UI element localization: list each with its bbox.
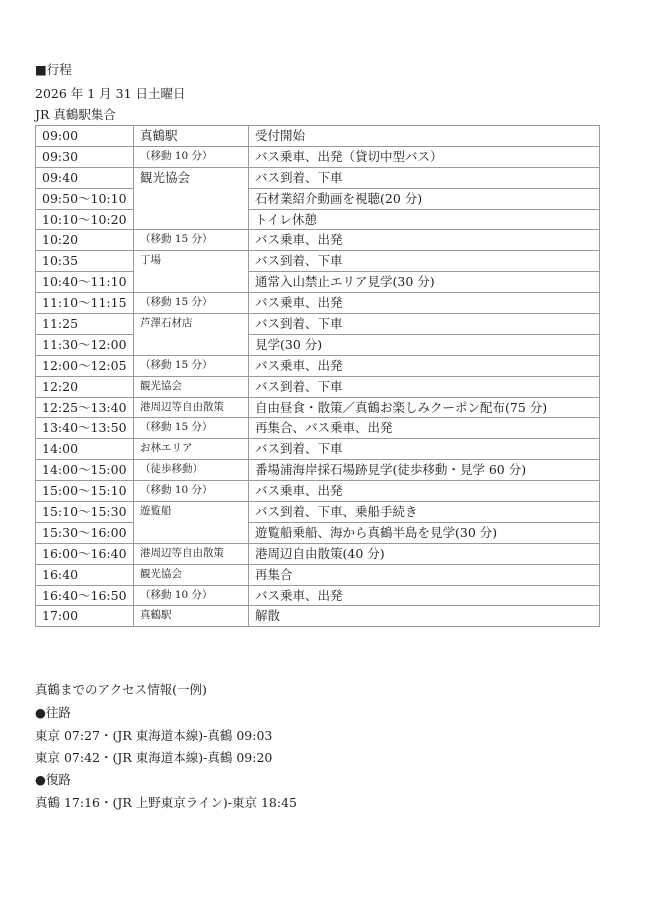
table-row: 10:40〜11:10通常入山禁止エリア見学(30 分) xyxy=(36,272,600,293)
time-cell: 16:00〜16:40 xyxy=(36,543,134,564)
activity-cell: バス到着、下車、乗船手続き xyxy=(249,502,600,523)
activity-cell: 受付開始 xyxy=(249,126,600,147)
table-row: 13:40〜13:50（移動 15 分）再集合、バス乗車、出発 xyxy=(36,418,600,439)
table-row: 16:00〜16:40港周辺等自由散策港周辺自由散策(40 分) xyxy=(36,543,600,564)
table-row: 14:00お林エリアバス到着、下車 xyxy=(36,439,600,460)
table-row: 09:40観光協会バス到着、下車 xyxy=(36,167,600,188)
place-cell: 観光協会 xyxy=(134,376,249,397)
table-row: 15:00〜15:10（移動 10 分）バス乗車、出発 xyxy=(36,481,600,502)
outbound-label: ●往路 xyxy=(35,705,71,721)
table-row: 12:00〜12:05（移動 15 分）バス乗車、出発 xyxy=(36,355,600,376)
table-row: 15:10〜15:30遊覧船バス到着、下車、乗船手続き xyxy=(36,502,600,523)
outbound-route-1: 東京 07:27・(JR 東海道本線)-真鶴 09:03 xyxy=(35,728,272,744)
activity-cell: バス到着、下車 xyxy=(249,376,600,397)
place-cell: 遊覧船 xyxy=(134,502,249,544)
activity-cell: バス乗車、出発（貸切中型バス） xyxy=(249,146,600,167)
activity-cell: バス到着、下車 xyxy=(249,167,600,188)
time-cell: 10:10〜10:20 xyxy=(36,209,134,230)
table-row: 11:30〜12:00見学(30 分) xyxy=(36,334,600,355)
activity-cell: 見学(30 分) xyxy=(249,334,600,355)
schedule-table: 09:00真鶴駅受付開始09:30（移動 10 分）バス乗車、出発（貸切中型バス… xyxy=(35,125,600,627)
return-route-1: 真鶴 17:16・(JR 上野東京ライン)-東京 18:45 xyxy=(35,795,297,811)
place-cell: お林エリア xyxy=(134,439,249,460)
table-row: 16:40〜16:50（移動 10 分）バス乗車、出発 xyxy=(36,585,600,606)
activity-cell: 通常入山禁止エリア見学(30 分) xyxy=(249,272,600,293)
activity-cell: バス到着、下車 xyxy=(249,314,600,335)
activity-cell: 解散 xyxy=(249,606,600,627)
time-cell: 12:20 xyxy=(36,376,134,397)
meeting-point: JR 真鶴駅集合 xyxy=(35,107,116,123)
activity-cell: バス到着、下車 xyxy=(249,251,600,272)
time-cell: 09:00 xyxy=(36,126,134,147)
place-cell: 港周辺等自由散策 xyxy=(134,543,249,564)
time-cell: 11:25 xyxy=(36,314,134,335)
time-cell: 15:30〜16:00 xyxy=(36,522,134,543)
time-cell: 10:35 xyxy=(36,251,134,272)
time-cell: 11:30〜12:00 xyxy=(36,334,134,355)
place-cell: 港周辺等自由散策 xyxy=(134,397,249,418)
table-row: 17:00真鶴駅解散 xyxy=(36,606,600,627)
activity-cell: 番場浦海岸採石場跡見学(徒歩移動・見学 60 分) xyxy=(249,460,600,481)
place-cell: （移動 15 分） xyxy=(134,355,249,376)
time-cell: 16:40〜16:50 xyxy=(36,585,134,606)
table-row: 10:35丁場バス到着、下車 xyxy=(36,251,600,272)
table-row: 15:30〜16:00遊覧船乗船、海から真鶴半島を見学(30 分) xyxy=(36,522,600,543)
place-cell: （移動 10 分） xyxy=(134,146,249,167)
time-cell: 12:00〜12:05 xyxy=(36,355,134,376)
place-cell: （移動 10 分） xyxy=(134,481,249,502)
time-cell: 11:10〜11:15 xyxy=(36,293,134,314)
activity-cell: バス乗車、出発 xyxy=(249,293,600,314)
table-row: 11:25芦澤石材店バス到着、下車 xyxy=(36,314,600,335)
table-row: 09:50〜10:10石材業紹介動画を視聴(20 分) xyxy=(36,188,600,209)
time-cell: 15:10〜15:30 xyxy=(36,502,134,523)
activity-cell: バス乗車、出発 xyxy=(249,230,600,251)
activity-cell: 再集合、バス乗車、出発 xyxy=(249,418,600,439)
section-heading: ■行程 xyxy=(35,62,72,78)
return-label: ●復路 xyxy=(35,772,71,788)
place-cell: 真鶴駅 xyxy=(134,606,249,627)
activity-cell: 港周辺自由散策(40 分) xyxy=(249,543,600,564)
time-cell: 16:40 xyxy=(36,564,134,585)
time-cell: 14:00 xyxy=(36,439,134,460)
time-cell: 09:40 xyxy=(36,167,134,188)
outbound-route-2: 東京 07:42・(JR 東海道本線)-真鶴 09:20 xyxy=(35,750,272,766)
table-row: 16:40観光協会再集合 xyxy=(36,564,600,585)
time-cell: 09:30 xyxy=(36,146,134,167)
activity-cell: 自由昼食・散策／真鶴お楽しみクーポン配布(75 分) xyxy=(249,397,600,418)
time-cell: 10:20 xyxy=(36,230,134,251)
tour-date: 2026 年 1 月 31 日土曜日 xyxy=(35,86,186,102)
table-row: 10:20（移動 15 分）バス乗車、出発 xyxy=(36,230,600,251)
table-row: 09:30（移動 10 分）バス乗車、出発（貸切中型バス） xyxy=(36,146,600,167)
activity-cell: 石材業紹介動画を視聴(20 分) xyxy=(249,188,600,209)
table-row: 14:00〜15:00（徒歩移動）番場浦海岸採石場跡見学(徒歩移動・見学 60 … xyxy=(36,460,600,481)
activity-cell: バス乗車、出発 xyxy=(249,481,600,502)
activity-cell: バス乗車、出発 xyxy=(249,355,600,376)
place-cell: 真鶴駅 xyxy=(134,126,249,147)
table-row: 09:00真鶴駅受付開始 xyxy=(36,126,600,147)
activity-cell: バス乗車、出発 xyxy=(249,585,600,606)
place-cell: 観光協会 xyxy=(134,564,249,585)
time-cell: 14:00〜15:00 xyxy=(36,460,134,481)
schedule-body: 09:00真鶴駅受付開始09:30（移動 10 分）バス乗車、出発（貸切中型バス… xyxy=(36,126,600,627)
table-row: 12:25〜13:40港周辺等自由散策自由昼食・散策／真鶴お楽しみクーポン配布(… xyxy=(36,397,600,418)
place-cell: （徒歩移動） xyxy=(134,460,249,481)
activity-cell: トイレ休憩 xyxy=(249,209,600,230)
time-cell: 12:25〜13:40 xyxy=(36,397,134,418)
place-cell: 観光協会 xyxy=(134,167,249,230)
time-cell: 10:40〜11:10 xyxy=(36,272,134,293)
table-row: 11:10〜11:15（移動 15 分）バス乗車、出発 xyxy=(36,293,600,314)
place-cell: 丁場 xyxy=(134,251,249,293)
activity-cell: 再集合 xyxy=(249,564,600,585)
place-cell: （移動 15 分） xyxy=(134,418,249,439)
time-cell: 13:40〜13:50 xyxy=(36,418,134,439)
time-cell: 09:50〜10:10 xyxy=(36,188,134,209)
table-row: 12:20観光協会バス到着、下車 xyxy=(36,376,600,397)
time-cell: 15:00〜15:10 xyxy=(36,481,134,502)
activity-cell: バス到着、下車 xyxy=(249,439,600,460)
time-cell: 17:00 xyxy=(36,606,134,627)
place-cell: 芦澤石材店 xyxy=(134,314,249,356)
place-cell: （移動 10 分） xyxy=(134,585,249,606)
place-cell: （移動 15 分） xyxy=(134,230,249,251)
activity-cell: 遊覧船乗船、海から真鶴半島を見学(30 分) xyxy=(249,522,600,543)
place-cell: （移動 15 分） xyxy=(134,293,249,314)
access-title: 真鶴までのアクセス情報(一例) xyxy=(35,682,207,698)
table-row: 10:10〜10:20トイレ休憩 xyxy=(36,209,600,230)
